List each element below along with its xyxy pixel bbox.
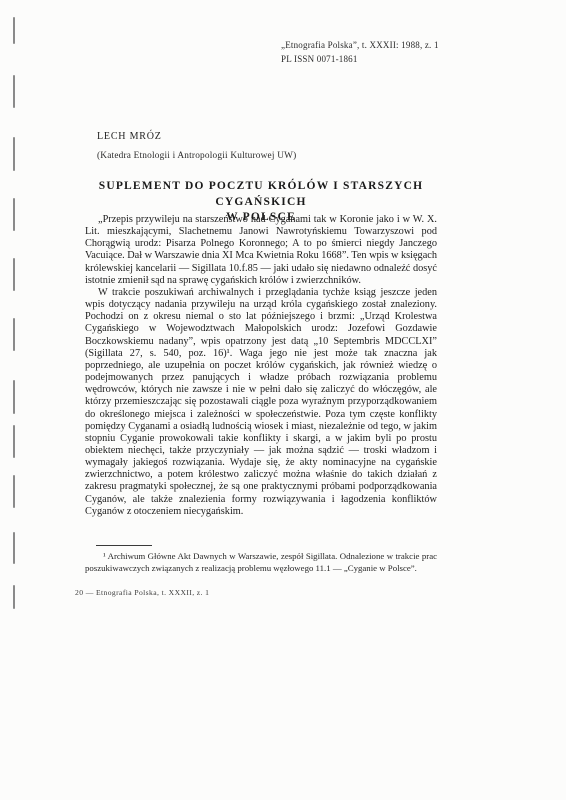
journal-issn: PL ISSN 0071-1861 <box>281 53 439 67</box>
scan-margin-mark <box>13 318 15 351</box>
article-body: „Przepis przywileju na starszeństwo nad … <box>85 214 437 518</box>
paragraph-2: W trakcie poszukiwań archiwalnych i prze… <box>85 287 437 518</box>
scan-margin-mark <box>13 198 15 231</box>
journal-citation: „Etnografia Polska”, t. XXXII: 1988, z. … <box>281 39 439 53</box>
scan-margin-mark <box>13 532 15 564</box>
scan-margin-mark <box>13 425 15 458</box>
scan-margin-mark <box>13 75 15 108</box>
scan-margin-mark <box>13 585 15 609</box>
page-signature: 20 — Etnografia Polska, t. XXXII, z. 1 <box>75 588 209 597</box>
author-name: LECH MRÓZ <box>97 131 162 142</box>
scan-margin-mark <box>13 17 15 44</box>
journal-header: „Etnografia Polska”, t. XXXII: 1988, z. … <box>281 39 439 66</box>
scanned-journal-page: „Etnografia Polska”, t. XXXII: 1988, z. … <box>0 0 566 800</box>
scan-margin-mark <box>13 475 15 508</box>
author-affiliation: (Katedra Etnologii i Antropologii Kultur… <box>97 151 296 161</box>
scan-margin-mark <box>13 258 15 291</box>
article-title-line1: SUPLEMENT DO POCZTU KRÓLÓW I STARSZYCH C… <box>99 180 424 208</box>
paragraph-1: „Przepis przywileju na starszeństwo nad … <box>85 214 437 287</box>
footnote: ¹ Archiwum Główne Akt Dawnych w Warszawi… <box>85 551 437 574</box>
scan-margin-mark <box>13 380 15 414</box>
scan-margin-mark <box>13 137 15 171</box>
footnote-divider <box>96 545 152 546</box>
